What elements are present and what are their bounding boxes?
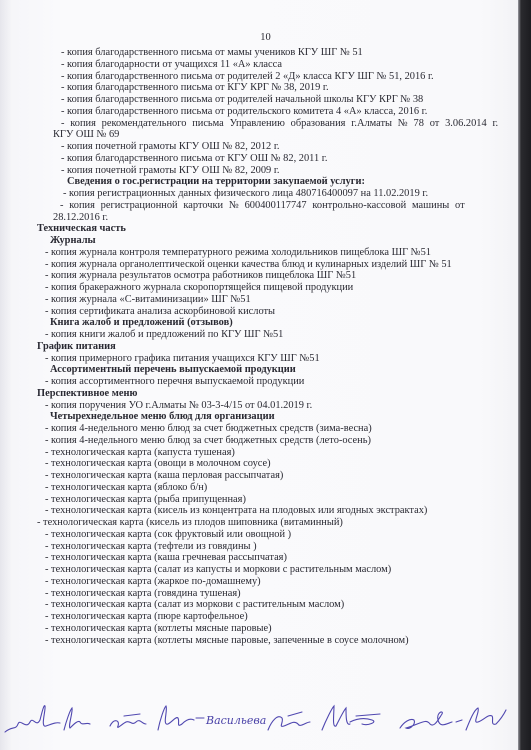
line-text: - технологическая карта (котлеты мясные … [45,635,409,646]
line-text: - копия журнала контроля температурного … [45,247,431,258]
line-text: - технологическая карта (капуста тушеная… [45,447,235,458]
list-item: - копия регистрационной карточки № 60040… [0,200,518,212]
line-text: - копия благодарственного письма от мамы… [61,47,363,58]
line-text: - копия благодарственного письма от роди… [61,94,423,105]
line-text: КГУ ОШ № 69 [53,129,119,140]
list-item: - копия рекомендательного письма Управле… [0,118,518,130]
list-item: - технологическая карта (жаркое по-домаш… [0,576,518,588]
list-item: - технологическая карта (тефтели из говя… [0,541,518,553]
list-item: - технологическая карта (пюре картофельн… [0,611,518,623]
line-text: - технологическая карта (пюре картофельн… [45,611,248,622]
scan-edge [518,0,531,750]
list-item: - копия журнала результатов осмотра рабо… [0,270,518,282]
signature-row: Васильева [0,700,518,745]
line-text: - технологическая карта (котлеты мясные … [45,623,272,634]
list-item: - копия благодарности от учащихся 11 «А»… [0,59,518,71]
list-item: - копия бракеражного журнала скоропортящ… [0,282,518,294]
list-item: - копия 4-недельного меню блюд за счет б… [0,423,518,435]
list-item: - технологическая карта (рыба припущенна… [0,494,518,506]
line-text: - технологическая карта (рыба припущенна… [45,494,246,505]
list-item: - копия книги жалоб и предложений по КГУ… [0,329,518,341]
list-item: - копия благодарственного письма от мамы… [0,47,518,59]
document-page: 10 - копия благодарственного письма от м… [0,0,518,750]
line-text: - копия журнала органолептической оценки… [45,259,452,270]
list-item: - копия сертификата анализа аскорбиновой… [0,306,518,318]
line-text: Ассортиментный перечень выпускаемой прод… [50,364,296,375]
list-item: - технологическая карта (говядина тушена… [0,588,518,600]
section-heading: Ассортиментный перечень выпускаемой прод… [0,364,518,376]
section-heading: Журналы [0,235,518,247]
line-text: - технологическая карта (салат из капуст… [45,564,391,575]
list-item: - технологическая карта (каша перловая р… [0,470,518,482]
line-text: Книга жалоб и предложений (отзывов) [50,317,233,328]
line-text: - копия благодарственного письма от КГУ … [61,153,327,164]
line-text: - копия примерного графика питания учащи… [45,353,320,364]
list-item: - технологическая карта (яблоко б/н) [0,482,518,494]
section-heading: Четырехнедельное меню блюд для организац… [0,411,518,423]
document-body: - копия благодарственного письма от мамы… [0,47,518,646]
line-text: Перспективное меню [37,388,137,399]
list-item: - копия ассортиментного перечня выпускае… [0,376,518,388]
list-item: - копия примерного графика питания учащи… [0,353,518,365]
line-text: - копия 4-недельного меню блюд за счет б… [45,435,371,446]
list-item: - технологическая карта (кисель из конце… [0,505,518,517]
list-item: - копия благодарственного письма от роди… [0,71,518,83]
line-text: Четырехнедельное меню блюд для организац… [50,411,275,422]
line-text: - копия благодарственного письма от роди… [61,106,427,117]
line-text: - копия почетной грамоты КГУ ОШ № 82, 20… [61,141,280,152]
line-text: - копия поручения УО г.Алматы № 03-3-4/1… [45,400,312,411]
section-heading: Перспективное меню [0,388,518,400]
list-item: - копия почетной грамоты КГУ ОШ № 82, 20… [0,165,518,177]
list-item: - технологическая карта (салат из морков… [0,599,518,611]
line-text: - копия бракеражного журнала скоропортящ… [45,282,353,293]
section-heading: Сведения о гос.регистрации на территории… [0,176,518,188]
list-item: - копия благодарственного письма от роди… [0,94,518,106]
list-item: КГУ ОШ № 69 [0,129,518,141]
line-text: - технологическая карта (яблоко б/н) [45,482,207,493]
list-item: - технологическая карта (салат из капуст… [0,564,518,576]
line-text: - копия 4-недельного меню блюд за счет б… [45,423,372,434]
list-item: - копия почетной грамоты КГУ ОШ № 82, 20… [0,141,518,153]
line-text: - технологическая карта (овощи в молочно… [45,458,271,469]
line-text: - копия журнала «С-витаминизации» ШГ №51 [45,294,251,305]
line-text: - копия регистрационной карточки № 60040… [60,200,465,211]
line-text: - копия сертификата анализа аскорбиновой… [45,306,275,317]
list-item: 28.12.2016 г. [0,212,518,224]
line-text: - копия благодарственного письма от КГУ … [61,82,329,93]
line-text: - технологическая карта (каша гречневая … [45,552,287,563]
list-item: - копия благодарственного письма от КГУ … [0,82,518,94]
line-text: 28.12.2016 г. [53,212,108,223]
list-item: - копия регистрационных данных физическо… [0,188,518,200]
page-number: 10 [0,32,531,43]
line-text: - копия регистрационных данных физическо… [63,188,428,199]
list-item: - технологическая карта (котлеты мясные … [0,635,518,647]
list-item: - копия поручения УО г.Алматы № 03-3-4/1… [0,400,518,412]
list-item: - технологическая карта (каша гречневая … [0,552,518,564]
line-text: - копия благодарственного письма от роди… [61,71,434,82]
list-item: - копия 4-недельного меню блюд за счет б… [0,435,518,447]
line-text: - технологическая карта (каша перловая р… [45,470,283,481]
line-text: Журналы [50,235,96,246]
list-item: - копия журнала «С-витаминизации» ШГ №51 [0,294,518,306]
line-text: - копия благодарности от учащихся 11 «А»… [61,59,282,70]
line-text: - копия книги жалоб и предложений по КГУ… [45,329,283,340]
line-text: - технологическая карта (тефтели из говя… [45,541,257,552]
line-text: - копия журнала результатов осмотра рабо… [45,270,356,281]
line-text: Сведения о гос.регистрации на территории… [67,176,365,187]
line-text: - технологическая карта (сок фруктовый и… [45,529,291,540]
line-text: - технологическая карта (кисель из плодо… [37,517,343,528]
list-item: - копия благодарственного письма от роди… [0,106,518,118]
line-text: Техническая часть [37,223,126,234]
list-item: - технологическая карта (капуста тушеная… [0,447,518,459]
list-item: - копия благодарственного письма от КГУ … [0,153,518,165]
line-text: - копия рекомендательного письма Управле… [61,118,498,129]
list-item: - технологическая карта (сок фруктовый и… [0,529,518,541]
signature-name: Васильева [206,714,266,727]
list-item: - копия журнала контроля температурного … [0,247,518,259]
section-heading: Техническая часть [0,223,518,235]
list-item: - копия журнала органолептической оценки… [0,259,518,271]
line-text: - копия ассортиментного перечня выпускае… [45,376,304,387]
list-item: - технологическая карта (овощи в молочно… [0,458,518,470]
line-text: - технологическая карта (салат из морков… [45,599,344,610]
line-text: - технологическая карта (жаркое по-домаш… [45,576,261,587]
list-item: - технологическая карта (кисель из плодо… [0,517,518,529]
line-text: - копия почетной грамоты КГУ ОШ № 82, 20… [61,165,280,176]
section-heading: Книга жалоб и предложений (отзывов) [0,317,518,329]
section-heading: График питания [0,341,518,353]
line-text: График питания [37,341,116,352]
line-text: - технологическая карта (говядина тушена… [45,588,241,599]
line-text: - технологическая карта (кисель из конце… [45,505,427,516]
list-item: - технологическая карта (котлеты мясные … [0,623,518,635]
